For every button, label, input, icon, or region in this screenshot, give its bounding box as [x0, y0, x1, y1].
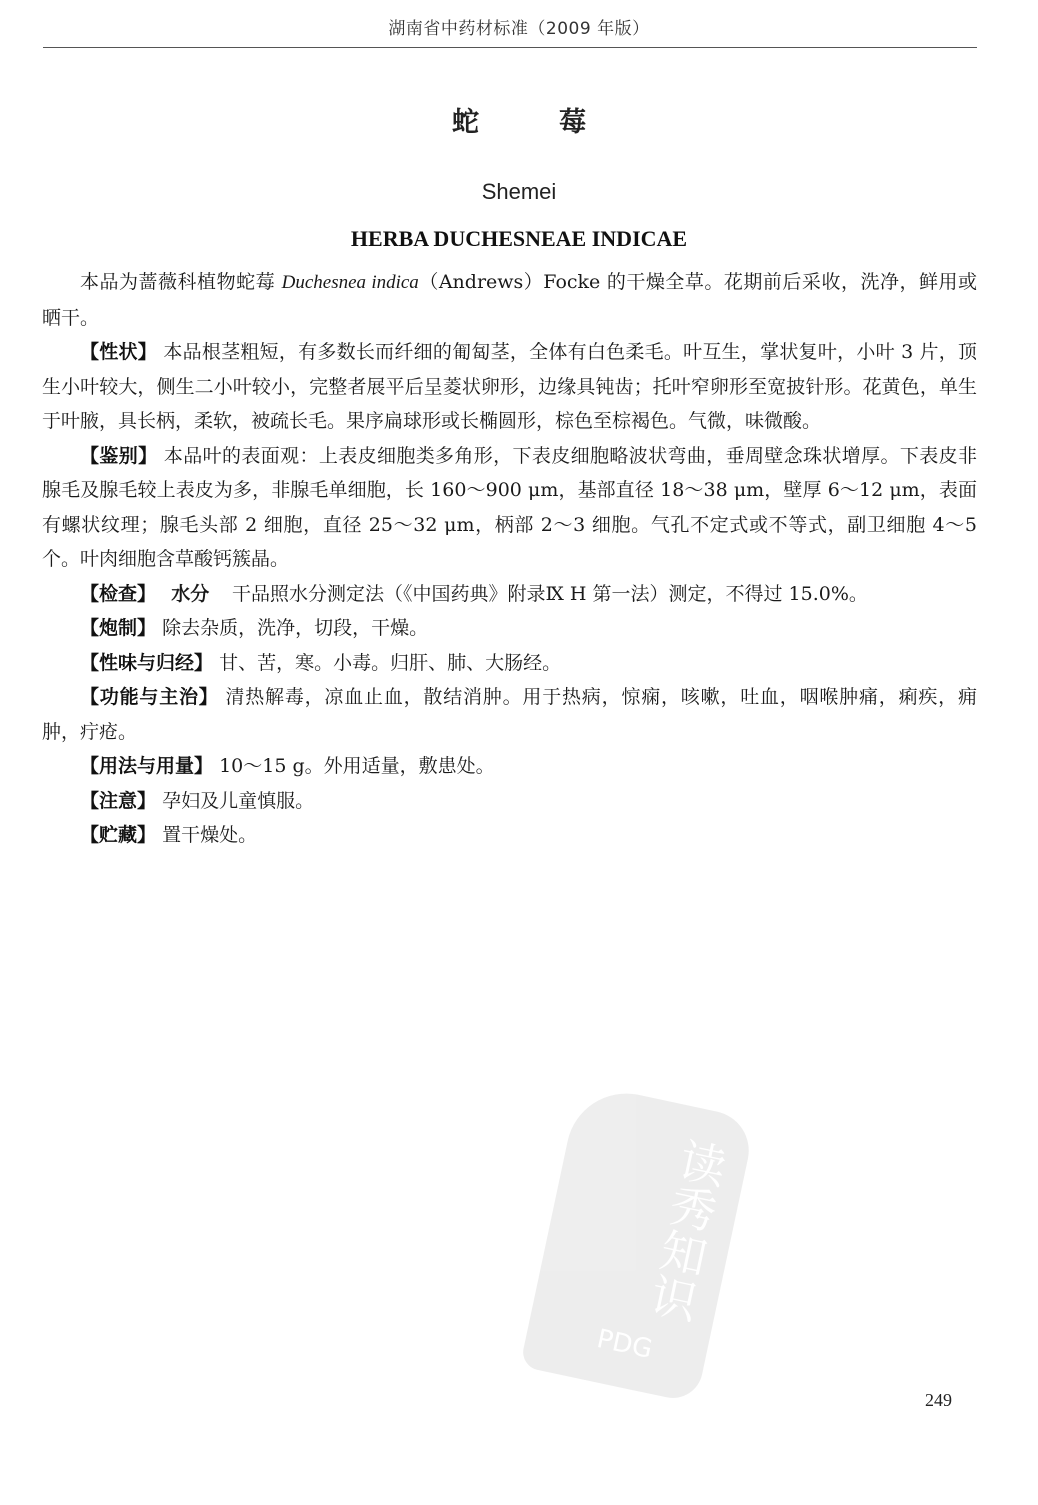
section-nature-meridian: 【性味与归经】 甘、苦，寒。小毒。归肝、肺、大肠经。	[42, 646, 977, 681]
section-label: 【炮制】	[80, 617, 156, 639]
section-description: 【性状】 本品根茎粗短，有多数长而纤细的匍匐茎，全体有白色柔毛。叶互生，掌状复叶…	[42, 335, 977, 439]
section-label: 【用法与用量】	[80, 755, 213, 777]
section-label: 【性味与归经】	[80, 652, 213, 674]
running-header: 湖南省中药材标准（2009 年版）	[0, 14, 1038, 39]
section-sublabel: 水分	[171, 583, 209, 605]
section-text: 置干燥处。	[162, 824, 257, 846]
section-label: 【注意】	[80, 790, 156, 812]
title-char-1: 蛇	[452, 100, 479, 139]
section-text: 本品叶的表面观：上表皮细胞类多角形，下表皮细胞略波状弯曲，垂周壁念珠状增厚。下表…	[42, 445, 977, 571]
section-text: 甘、苦，寒。小毒。归肝、肺、大肠经。	[219, 652, 561, 674]
section-text: 本品根茎粗短，有多数长而纤细的匍匐茎，全体有白色柔毛。叶互生，掌状复叶，小叶 3…	[42, 341, 977, 432]
section-precautions: 【注意】 孕妇及儿童慎服。	[42, 784, 977, 819]
title-char-2: 莓	[559, 100, 586, 139]
section-identification: 【鉴别】 本品叶的表面观：上表皮细胞类多角形，下表皮细胞略波状弯曲，垂周壁念珠状…	[42, 439, 977, 577]
latin-name: HERBA DUCHESNEAE INDICAE	[0, 226, 1038, 252]
section-text: 10～15 g。外用适量，敷患处。	[219, 755, 495, 777]
section-dosage: 【用法与用量】 10～15 g。外用适量，敷患处。	[42, 749, 977, 784]
section-processing: 【炮制】 除去杂质，洗净，切段，干燥。	[42, 611, 977, 646]
monograph-title: 蛇莓	[0, 100, 1038, 139]
page-number: 249	[925, 1390, 952, 1411]
monograph-body: 本品为蔷薇科植物蛇莓 Duchesnea indica（Andrews）Fock…	[42, 265, 977, 853]
section-label: 【鉴别】	[80, 445, 157, 467]
header-rule	[43, 47, 977, 48]
pinyin-name: Shemei	[0, 179, 1038, 205]
section-text: 孕妇及儿童慎服。	[162, 790, 314, 812]
section-inspection: 【检查】水分干品照水分测定法（《中国药典》附录Ⅸ H 第一法）测定，不得过 15…	[42, 577, 977, 612]
section-label: 【性状】	[80, 341, 157, 363]
section-text: 干品照水分测定法（《中国药典》附录Ⅸ H 第一法）测定，不得过 15.0%。	[232, 583, 868, 605]
section-actions-indications: 【功能与主治】 清热解毒，凉血止血，散结消肿。用于热病，惊痫，咳嗽，吐血，咽喉肿…	[42, 680, 977, 749]
section-label: 【检查】	[80, 583, 156, 605]
intro-paragraph: 本品为蔷薇科植物蛇莓 Duchesnea indica（Andrews）Fock…	[42, 265, 977, 335]
section-storage: 【贮藏】 置干燥处。	[42, 818, 977, 853]
species-name: Duchesnea indica	[282, 272, 419, 293]
watermark-seal-icon: 读秀知识 PDG	[520, 1082, 756, 1403]
section-text: 除去杂质，洗净，切段，干燥。	[162, 617, 428, 639]
section-label: 【贮藏】	[80, 824, 156, 846]
watermark-glyphs: 读秀知识	[548, 1116, 738, 1353]
intro-text-1: 本品为蔷薇科植物蛇莓	[80, 271, 282, 293]
section-label: 【功能与主治】	[80, 686, 219, 708]
